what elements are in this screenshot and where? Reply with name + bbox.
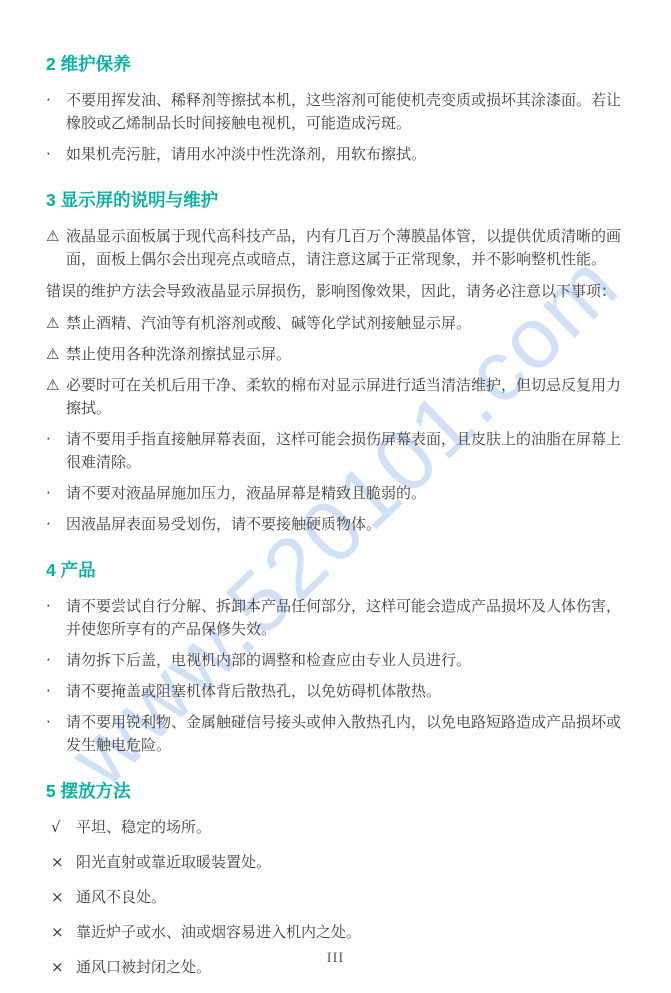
list-item-text: 请不要用手指直接触屏幕表面，这样可能会损伤屏幕表面，且皮肤上的油脂在屏幕上很难清…: [66, 428, 629, 474]
check-mark-icon: √: [46, 816, 76, 839]
warning-item: ⚠ 必要时可在关机后用干净、柔软的棉布对显示屏进行适当清洁维护，但切忌反复用力擦…: [46, 374, 629, 420]
bullet-dot-icon: ·: [46, 711, 66, 734]
section-title-placement: 5 摆放方法: [46, 779, 629, 803]
placement-item-good: √ 平坦、稳定的场所。: [46, 816, 629, 839]
list-item-text: 请不要尝试自行分解、拆卸本产品任何部分，这样可能会造成产品损坏及人体伤害，并使您…: [66, 595, 629, 641]
bullet-dot-icon: ·: [46, 513, 66, 536]
placement-item-bad: × 通风不良处。: [46, 886, 629, 909]
cross-mark-icon: ×: [46, 886, 76, 909]
warning-item-text: 禁止使用各种洗涤剂擦拭显示屏。: [66, 343, 629, 366]
placement-item-bad: × 靠近炉子或水、油或烟容易进入机内之处。: [46, 921, 629, 944]
warning-item-text: 液晶显示面板属于现代高科技产品，内有几百万个薄膜晶体管，以提供优质清晰的画面，面…: [66, 225, 629, 271]
section-placement: 5 摆放方法 √ 平坦、稳定的场所。 × 阳光直射或靠近取暖装置处。 × 通风不…: [46, 779, 629, 979]
section-title-product: 4 产品: [46, 558, 629, 582]
display-care-note: 错误的维护方法会导致液晶显示屏损伤，影响图像效果，因此，请务必注意以下事项：: [46, 280, 629, 303]
list-item: · 请不要尝试自行分解、拆卸本产品任何部分，这样可能会造成产品损坏及人体伤害，并…: [46, 595, 629, 641]
warning-item-text: 必要时可在关机后用干净、柔软的棉布对显示屏进行适当清洁维护，但切忌反复用力擦拭。: [66, 374, 629, 420]
list-item: · 因液晶屏表面易受划伤，请不要接触硬质物体。: [46, 513, 629, 536]
list-item-text: 请勿拆下后盖，电视机内部的调整和检查应由专业人员进行。: [66, 649, 629, 672]
manual-page-content: 2 维护保养 · 不要用挥发油、稀释剂等擦拭本机，这些溶剂可能使机壳变质或损坏其…: [0, 0, 671, 979]
section-product: 4 产品 · 请不要尝试自行分解、拆卸本产品任何部分，这样可能会造成产品损坏及人…: [46, 558, 629, 757]
list-item-text: 请不要掩盖或阻塞机体背后散热孔，以免妨碍机体散热。: [66, 680, 629, 703]
list-item-text: 不要用挥发油、稀释剂等擦拭本机，这些溶剂可能使机壳变质或损坏其涂漆面。若让橡胶或…: [66, 89, 629, 135]
cross-mark-icon: ×: [46, 921, 76, 944]
list-item: · 请不要对液晶屏施加压力，液晶屏幕是精致且脆弱的。: [46, 482, 629, 505]
placement-item-text: 靠近炉子或水、油或烟容易进入机内之处。: [76, 921, 629, 944]
warning-triangle-icon: ⚠: [46, 225, 66, 248]
cross-mark-icon: ×: [46, 851, 76, 874]
note-text: 错误的维护方法会导致液晶显示屏损伤，影响图像效果，因此，请务必注意以下事项: [46, 283, 601, 300]
bullet-dot-icon: ·: [46, 595, 66, 618]
warning-item: ⚠ 禁止酒精、汽油等有机溶剂或酸、碱等化学试剂接触显示屏。: [46, 312, 629, 335]
bullet-dot-icon: ·: [46, 428, 66, 451]
placement-item-text: 阳光直射或靠近取暖装置处。: [76, 851, 629, 874]
list-item-text: 请不要对液晶屏施加压力，液晶屏幕是精致且脆弱的。: [66, 482, 629, 505]
bullet-dot-icon: ·: [46, 482, 66, 505]
section-title-display-care: 3 显示屏的说明与维护: [46, 188, 629, 212]
warning-item-text: 禁止酒精、汽油等有机溶剂或酸、碱等化学试剂接触显示屏。: [66, 312, 629, 335]
section-title-maintenance: 2 维护保养: [46, 52, 629, 76]
warning-item: ⚠ 禁止使用各种洗涤剂擦拭显示屏。: [46, 343, 629, 366]
bullet-dot-icon: ·: [46, 89, 66, 112]
placement-item-text: 通风不良处。: [76, 886, 629, 909]
list-item: · 请不要掩盖或阻塞机体背后散热孔，以免妨碍机体散热。: [46, 680, 629, 703]
section-display-care: 3 显示屏的说明与维护 ⚠ 液晶显示面板属于现代高科技产品，内有几百万个薄膜晶体…: [46, 188, 629, 536]
page-number: III: [0, 950, 671, 967]
list-item: · 请不要用手指直接触屏幕表面，这样可能会损伤屏幕表面，且皮肤上的油脂在屏幕上很…: [46, 428, 629, 474]
list-item: · 不要用挥发油、稀释剂等擦拭本机，这些溶剂可能使机壳变质或损坏其涂漆面。若让橡…: [46, 89, 629, 135]
note-colon: ：: [601, 283, 616, 300]
bullet-dot-icon: ·: [46, 143, 66, 166]
list-item: · 请勿拆下后盖，电视机内部的调整和检查应由专业人员进行。: [46, 649, 629, 672]
bullet-dot-icon: ·: [46, 680, 66, 703]
warning-item: ⚠ 液晶显示面板属于现代高科技产品，内有几百万个薄膜晶体管，以提供优质清晰的画面…: [46, 225, 629, 271]
list-item: · 请不要用锐利物、金属触碰信号接头或伸入散热孔内，以免电路短路造成产品损坏或发…: [46, 711, 629, 757]
bullet-dot-icon: ·: [46, 649, 66, 672]
list-item-text: 因液晶屏表面易受划伤，请不要接触硬质物体。: [66, 513, 629, 536]
warning-triangle-icon: ⚠: [46, 312, 66, 335]
list-item-text: 请不要用锐利物、金属触碰信号接头或伸入散热孔内，以免电路短路造成产品损坏或发生触…: [66, 711, 629, 757]
section-maintenance: 2 维护保养 · 不要用挥发油、稀释剂等擦拭本机，这些溶剂可能使机壳变质或损坏其…: [46, 52, 629, 166]
warning-triangle-icon: ⚠: [46, 343, 66, 366]
warning-triangle-icon: ⚠: [46, 374, 66, 397]
placement-item-text: 平坦、稳定的场所。: [76, 816, 629, 839]
list-item: · 如果机壳污脏，请用水冲淡中性洗涤剂，用软布擦拭。: [46, 143, 629, 166]
list-item-text: 如果机壳污脏，请用水冲淡中性洗涤剂，用软布擦拭。: [66, 143, 629, 166]
placement-item-bad: × 阳光直射或靠近取暖装置处。: [46, 851, 629, 874]
